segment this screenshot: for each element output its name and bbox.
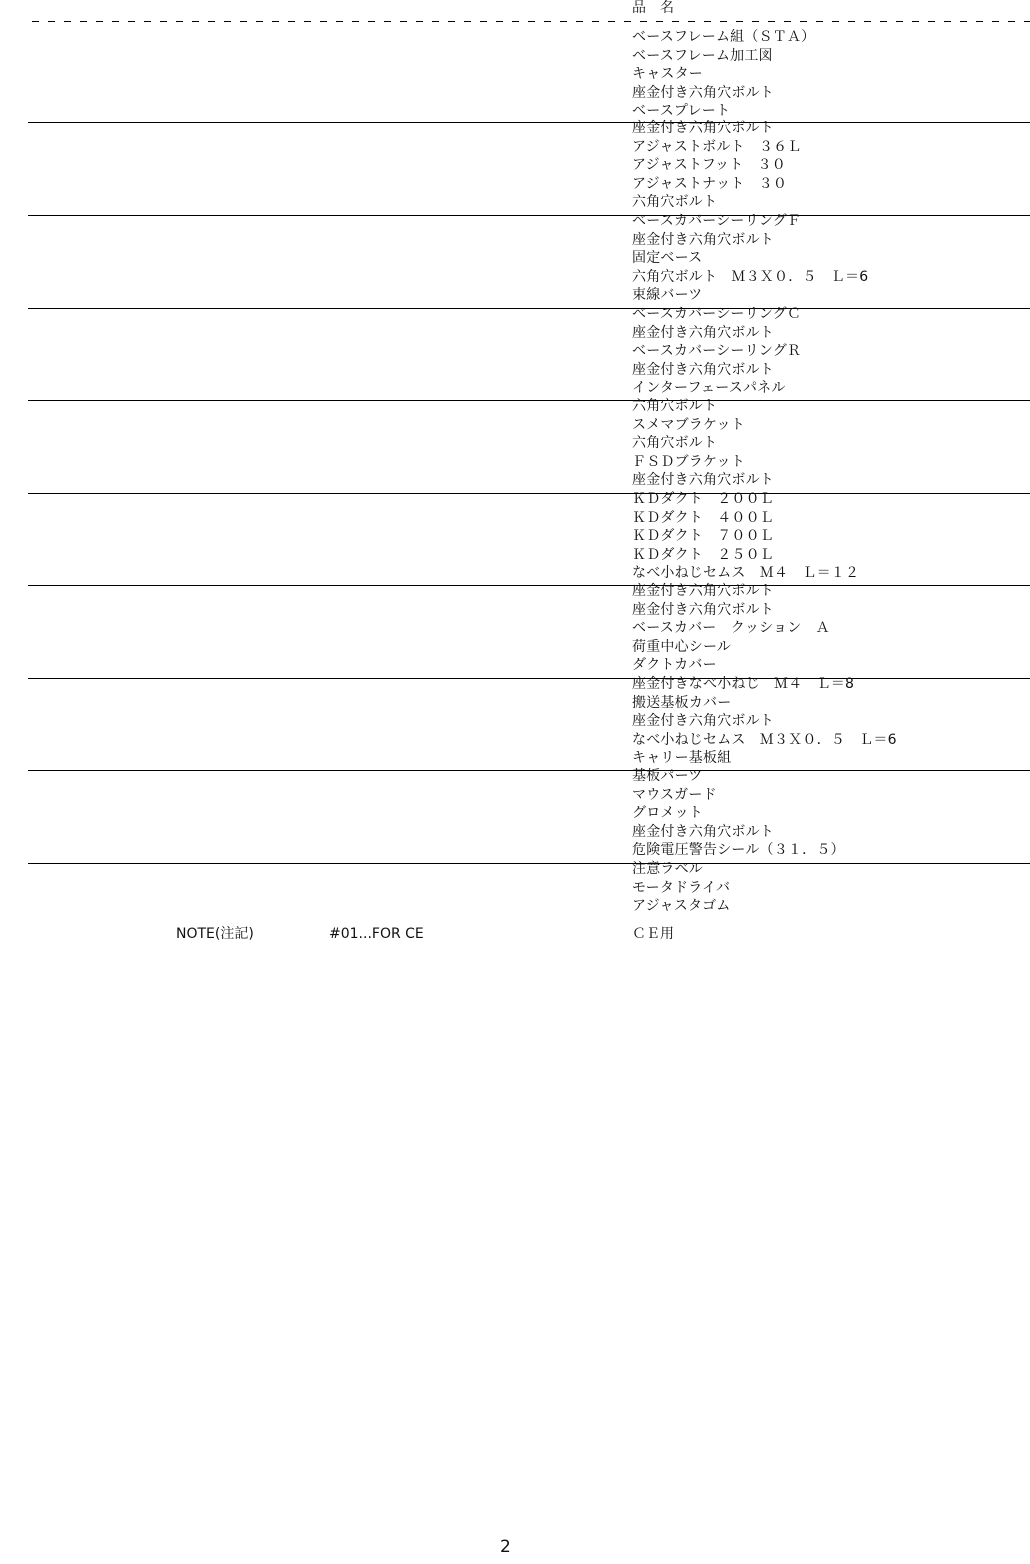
part-name-item: ベースフレーム加工図 bbox=[632, 47, 773, 66]
note-code: #01...FOR CE bbox=[329, 925, 424, 943]
part-name-item: ベースカバー クッション Ａ bbox=[632, 619, 830, 638]
group-divider bbox=[28, 493, 1030, 494]
part-name-item: アジャストボルト ３６Ｌ bbox=[632, 138, 802, 157]
part-name-item: 六角穴ボルト bbox=[632, 193, 717, 212]
part-name-item: マウスガード bbox=[632, 786, 717, 805]
group-divider bbox=[28, 585, 1030, 586]
part-name-item: 固定ベース bbox=[632, 249, 702, 268]
part-name-item: 六角穴ボルト bbox=[632, 397, 717, 416]
part-name-item: 座金付き六角穴ボルト bbox=[632, 712, 774, 731]
part-name-item: ベースカバーシーリングＣ bbox=[632, 305, 801, 324]
part-name-item: ＫＤダクト ７００Ｌ bbox=[632, 527, 774, 546]
note-description: ＣＥ用 bbox=[632, 925, 674, 943]
page-number: 2 bbox=[500, 1537, 511, 1557]
part-name-item: ＫＤダクト ２００Ｌ bbox=[632, 490, 774, 509]
part-name-item: ベースプレート bbox=[632, 102, 730, 121]
part-name-item: スメマブラケット bbox=[632, 416, 745, 435]
part-name-item: ダクトカバー bbox=[632, 656, 717, 675]
group-divider bbox=[28, 678, 1030, 679]
part-name-item: アジャスタゴム bbox=[632, 897, 731, 916]
part-name-item: 座金付き六角穴ボルト bbox=[632, 84, 774, 103]
part-name-item: ＦＳＤブラケット bbox=[632, 453, 745, 472]
part-name-item: 座金付きなべ小ねじ Ｍ４ Ｌ＝8 bbox=[632, 675, 854, 694]
part-name-item: モータドライバ bbox=[632, 879, 730, 898]
header-dashed-divider bbox=[32, 21, 1030, 22]
part-name-item: ベースフレーム組（ＳＴＡ） bbox=[632, 28, 815, 47]
part-name-item: 基板パーツ bbox=[632, 767, 702, 786]
part-name-item: グロメット bbox=[632, 804, 703, 823]
part-name-item: インターフェースパネル bbox=[632, 379, 786, 398]
group-divider bbox=[28, 863, 1030, 864]
part-name-item: 座金付き六角穴ボルト bbox=[632, 324, 774, 343]
part-name-item: キャスター bbox=[632, 65, 703, 84]
part-name-item: 座金付き六角穴ボルト bbox=[632, 119, 774, 138]
group-divider bbox=[28, 308, 1030, 309]
group-divider bbox=[28, 215, 1030, 216]
part-name-item: 六角穴ボルト Ｍ３Ｘ０．５ Ｌ＝6 bbox=[632, 268, 868, 287]
part-name-item: なべ小ねじセムス Ｍ３Ｘ０．５ Ｌ＝6 bbox=[632, 731, 897, 750]
part-name-item: 座金付き六角穴ボルト bbox=[632, 471, 774, 490]
part-name-item: キャリー基板組 bbox=[632, 749, 731, 768]
column-header-part-name: 品 名 bbox=[632, 0, 674, 17]
part-name-item: 注意ラベル bbox=[632, 860, 703, 879]
part-name-item: ＫＤダクト ４００Ｌ bbox=[632, 509, 774, 528]
part-name-item: アジャストフット ３０ bbox=[632, 156, 786, 175]
part-name-item: 危険電圧警告シール（３１．５） bbox=[632, 841, 845, 860]
part-name-item: 座金付き六角穴ボルト bbox=[632, 361, 774, 380]
part-name-item: 搬送基板カバー bbox=[632, 694, 731, 713]
part-name-item: 束線バーツ bbox=[632, 286, 702, 305]
part-name-item: 六角穴ボルト bbox=[632, 434, 717, 453]
group-divider bbox=[28, 122, 1030, 123]
part-name-item: 座金付き六角穴ボルト bbox=[632, 601, 774, 620]
group-divider bbox=[28, 400, 1030, 401]
part-name-item: 座金付き六角穴ボルト bbox=[632, 582, 774, 601]
note-label: NOTE(注記) bbox=[176, 925, 254, 943]
part-name-item: ベースカバーシーリングＦ bbox=[632, 212, 801, 231]
part-name-item: ベースカバーシーリングＲ bbox=[632, 342, 801, 361]
part-name-item: 座金付き六角穴ボルト bbox=[632, 823, 774, 842]
part-name-item: ＫＤダクト ２５０Ｌ bbox=[632, 546, 774, 565]
part-name-item: 座金付き六角穴ボルト bbox=[632, 231, 774, 250]
group-divider bbox=[28, 770, 1030, 771]
part-name-item: 荷重中心シール bbox=[632, 638, 731, 657]
part-name-item: アジャストナット ３０ bbox=[632, 175, 787, 194]
part-name-item: なべ小ねじセムス Ｍ４ Ｌ＝１２ bbox=[632, 564, 859, 583]
